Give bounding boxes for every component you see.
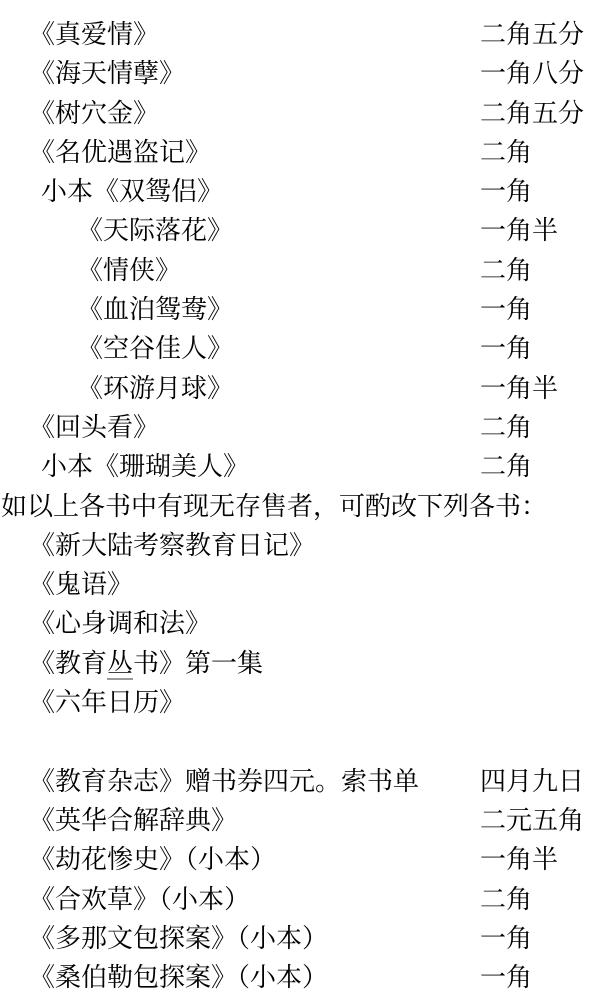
book-title: 小本《双鸳侣》 bbox=[41, 177, 223, 206]
title-text: 《六年日历》 bbox=[29, 688, 185, 717]
list-row: 《教育丛书》第一集 bbox=[0, 644, 607, 683]
title-text: 《教育杂志》赠书券四元。索书单 bbox=[29, 767, 419, 796]
book-price: 一角八分 bbox=[480, 54, 584, 93]
book-title: 《名优遇盗记》 bbox=[29, 138, 211, 167]
book-title: 小本《珊瑚美人》 bbox=[41, 452, 249, 481]
book-title: 《教育杂志》赠书券四元。索书单 bbox=[29, 767, 419, 796]
list-row: 《情侠》二角 bbox=[0, 251, 607, 290]
title-text: 《天际落花》 bbox=[77, 216, 233, 245]
list-row: 《鬼语》 bbox=[0, 565, 607, 604]
book-price: 一角 bbox=[480, 919, 532, 958]
list-row: 《新大陆考察教育日记》 bbox=[0, 526, 607, 565]
book-title: 《六年日历》 bbox=[29, 688, 185, 717]
title-text: 《树穴金》 bbox=[29, 99, 159, 128]
book-title: 《情侠》 bbox=[77, 256, 181, 285]
title-text: 小本《双鸳侣》 bbox=[41, 177, 223, 206]
title-text: 《空谷佳人》 bbox=[77, 334, 233, 363]
book-price: 一角 bbox=[480, 172, 532, 211]
book-price: 一角半 bbox=[480, 369, 558, 408]
title-text: 《多那文包探案》（小本） bbox=[29, 924, 328, 953]
blank-line bbox=[0, 722, 607, 761]
list-row: 《多那文包探案》（小本）一角 bbox=[0, 919, 607, 958]
list-row: 《回头看》二角 bbox=[0, 408, 607, 447]
list-row: 《空谷佳人》一角 bbox=[0, 329, 607, 368]
book-title: 《教育丛书》第一集 bbox=[29, 649, 263, 680]
title-text: 《真爱情》 bbox=[29, 20, 159, 49]
list-row: 《合欢草》（小本）二角 bbox=[0, 880, 607, 919]
book-price: 二角 bbox=[480, 251, 532, 290]
list-row: 《名优遇盗记》二角 bbox=[0, 133, 607, 172]
book-title: 《多那文包探案》（小本） bbox=[29, 924, 328, 953]
book-price: 二角 bbox=[480, 880, 532, 919]
book-price: 一角 bbox=[480, 958, 532, 997]
book-title: 《心身调和法》 bbox=[29, 609, 211, 638]
title-text: 《环游月球》 bbox=[77, 374, 233, 403]
book-price-list-page: 《真爱情》二角五分《海天情孽》一角八分《树穴金》二角五分《名优遇盗记》二角小本《… bbox=[0, 0, 607, 1000]
list-row: 小本《珊瑚美人》二角 bbox=[0, 447, 607, 486]
book-title: 《树穴金》 bbox=[29, 99, 159, 128]
list-row: 小本《双鸳侣》一角 bbox=[0, 172, 607, 211]
title-text: 《教育 bbox=[29, 649, 107, 678]
list-row: 《教育杂志》赠书券四元。索书单四月九日 bbox=[0, 762, 607, 801]
book-price: 四月九日 bbox=[480, 762, 584, 801]
list-row: 《六年日历》 bbox=[0, 683, 607, 722]
book-list: 《真爱情》二角五分《海天情孽》一角八分《树穴金》二角五分《名优遇盗记》二角小本《… bbox=[0, 15, 607, 997]
title-text: 《血泊鸳鸯》 bbox=[77, 295, 233, 324]
book-price: 二角 bbox=[480, 133, 532, 172]
list-row: 《英华合解辞典》二元五角 bbox=[0, 801, 607, 840]
book-title: 《环游月球》 bbox=[77, 374, 233, 403]
title-text: 《名优遇盗记》 bbox=[29, 138, 211, 167]
list-row: 《真爱情》二角五分 bbox=[0, 15, 607, 54]
book-price: 二元五角 bbox=[480, 801, 584, 840]
list-row: 《心身调和法》 bbox=[0, 604, 607, 643]
book-title: 《血泊鸳鸯》 bbox=[77, 295, 233, 324]
underlined-text: 丛 bbox=[107, 649, 133, 680]
book-price: 一角 bbox=[480, 290, 532, 329]
title-text: 《海天情孽》 bbox=[29, 59, 185, 88]
title-text: 《情侠》 bbox=[77, 256, 181, 285]
book-price: 二角 bbox=[480, 408, 532, 447]
book-title: 《新大陆考察教育日记》 bbox=[29, 531, 315, 560]
book-price: 一角 bbox=[480, 329, 532, 368]
book-title: 《海天情孽》 bbox=[29, 59, 185, 88]
book-title: 《空谷佳人》 bbox=[77, 334, 233, 363]
title-text: 《回头看》 bbox=[29, 413, 159, 442]
book-price: 一角半 bbox=[480, 840, 558, 879]
book-title: 如以上各书中有现无存售者，可酌改下列各书： bbox=[1, 492, 547, 521]
title-text: 《英华合解辞典》 bbox=[29, 806, 237, 835]
book-price: 二角五分 bbox=[480, 94, 584, 133]
title-text: 《劫花惨史》（小本） bbox=[29, 845, 276, 874]
list-row: 《环游月球》一角半 bbox=[0, 369, 607, 408]
list-row: 《海天情孽》一角八分 bbox=[0, 54, 607, 93]
book-title: 《桑伯勒包探案》（小本） bbox=[29, 963, 328, 992]
list-row: 《血泊鸳鸯》一角 bbox=[0, 290, 607, 329]
book-price: 一角半 bbox=[480, 211, 558, 250]
title-text: 《合欢草》（小本） bbox=[29, 885, 250, 914]
book-title: 《鬼语》 bbox=[29, 570, 133, 599]
book-title: 《英华合解辞典》 bbox=[29, 806, 237, 835]
list-row: 《天际落花》一角半 bbox=[0, 211, 607, 250]
book-price: 二角五分 bbox=[480, 15, 584, 54]
title-text: 《鬼语》 bbox=[29, 570, 133, 599]
list-row: 《树穴金》二角五分 bbox=[0, 94, 607, 133]
book-title: 《劫花惨史》（小本） bbox=[29, 845, 276, 874]
book-title: 《天际落花》 bbox=[77, 216, 233, 245]
title-text: 《桑伯勒包探案》（小本） bbox=[29, 963, 328, 992]
book-price: 二角 bbox=[480, 447, 532, 486]
list-row: 《桑伯勒包探案》（小本）一角 bbox=[0, 958, 607, 997]
book-title: 《真爱情》 bbox=[29, 20, 159, 49]
title-text: 书》第一集 bbox=[133, 649, 263, 678]
title-text: 如以上各书中有现无存售者，可酌改下列各书： bbox=[1, 492, 547, 521]
book-title: 《回头看》 bbox=[29, 413, 159, 442]
title-text: 《新大陆考察教育日记》 bbox=[29, 531, 315, 560]
list-row: 如以上各书中有现无存售者，可酌改下列各书： bbox=[0, 487, 607, 526]
book-title: 《合欢草》（小本） bbox=[29, 885, 250, 914]
list-row: 《劫花惨史》（小本）一角半 bbox=[0, 840, 607, 879]
title-text: 小本《珊瑚美人》 bbox=[41, 452, 249, 481]
title-text: 《心身调和法》 bbox=[29, 609, 211, 638]
